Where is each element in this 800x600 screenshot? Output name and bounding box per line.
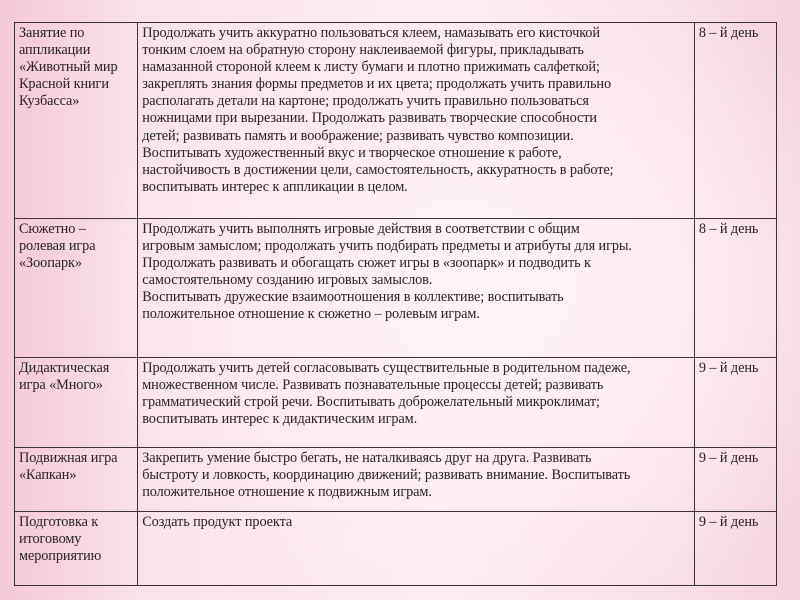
activity-cell: Сюжетно – ролевая игра «Зоопарк»	[15, 219, 138, 358]
day-cell: 9 – й день	[694, 358, 776, 448]
activity-cell: Подвижная игра «Капкан»	[15, 448, 138, 512]
day-cell: 8 – й день	[694, 23, 776, 219]
activities-table: Занятие по аппликации «Животный мир Крас…	[14, 22, 777, 586]
day-cell: 9 – й день	[694, 448, 776, 512]
goals-cell: Закрепить умение быстро бегать, не натал…	[138, 448, 695, 512]
table-row: Дидактическая игра «Много» Продолжать уч…	[15, 358, 777, 448]
table-row: Занятие по аппликации «Животный мир Крас…	[15, 23, 777, 219]
day-cell: 9 – й день	[694, 512, 776, 586]
goals-cell: Продолжать учить аккуратно пользоваться …	[138, 23, 695, 219]
goals-cell: Продолжать учить выполнять игровые дейст…	[138, 219, 695, 358]
activity-cell: Подготовка к итоговому мероприятию	[15, 512, 138, 586]
activity-cell: Занятие по аппликации «Животный мир Крас…	[15, 23, 138, 219]
goals-cell: Продолжать учить детей согласовывать сущ…	[138, 358, 695, 448]
activity-cell: Дидактическая игра «Много»	[15, 358, 138, 448]
table-row: Подвижная игра «Капкан» Закрепить умение…	[15, 448, 777, 512]
day-cell: 8 – й день	[694, 219, 776, 358]
table-row: Подготовка к итоговому мероприятию Созда…	[15, 512, 777, 586]
goals-cell: Создать продукт проекта	[138, 512, 695, 586]
table-row: Сюжетно – ролевая игра «Зоопарк» Продолж…	[15, 219, 777, 358]
